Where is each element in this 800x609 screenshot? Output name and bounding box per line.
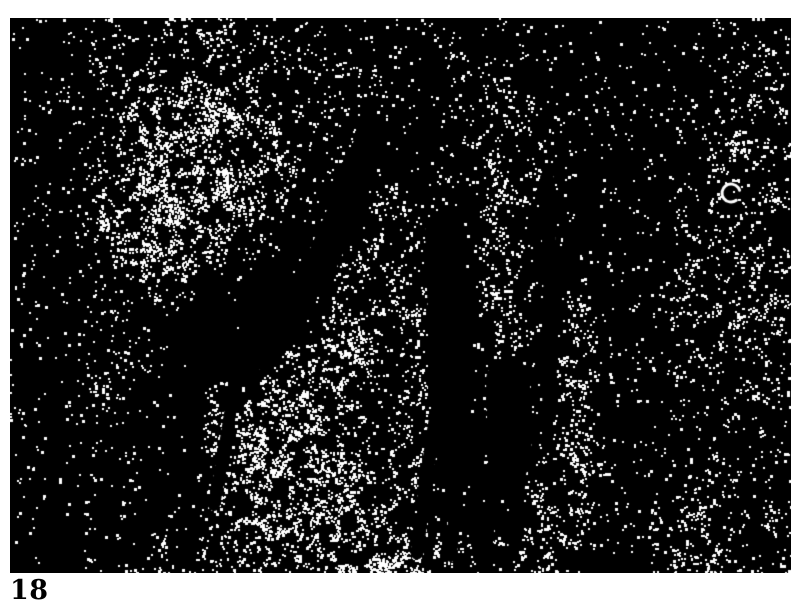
- book-page: 18: [0, 0, 800, 609]
- photo-plate: [10, 18, 791, 573]
- figure-number: 18: [10, 576, 49, 606]
